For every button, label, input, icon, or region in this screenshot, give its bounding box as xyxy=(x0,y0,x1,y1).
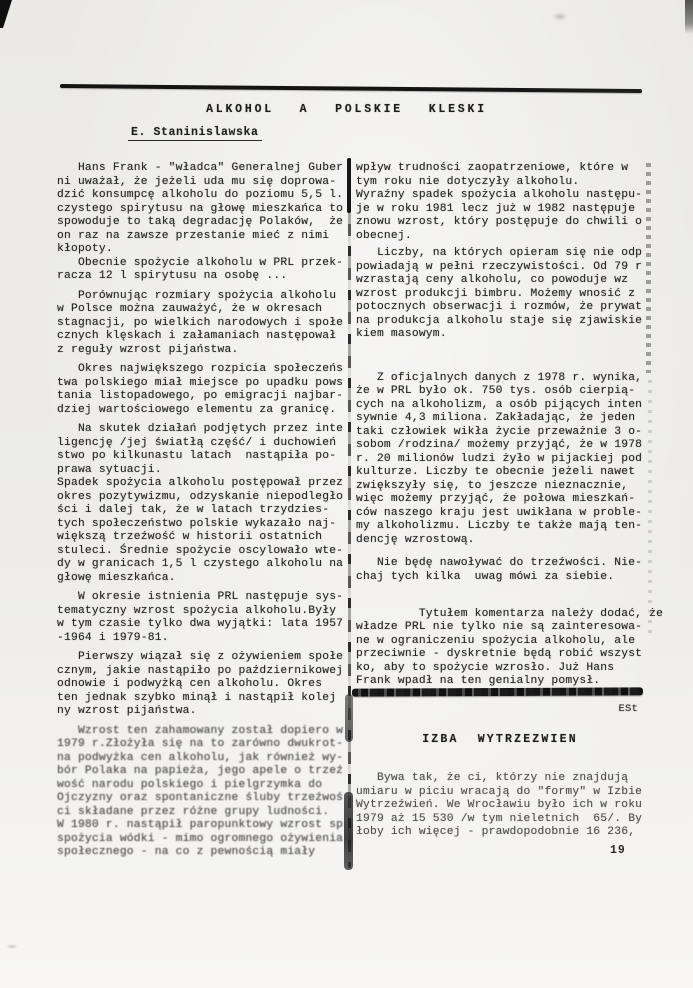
top-rule xyxy=(60,84,642,93)
left-column: Hans Frank - "władca" Generalnej Guber n… xyxy=(57,162,349,866)
ink-smudge-margin xyxy=(646,163,651,373)
paragraph: Liczby, na których opieram się nie odp p… xyxy=(356,247,644,342)
paragraph-text: Tytułem komentarza należy dodać, że wład… xyxy=(356,608,663,688)
paragraph: Na skutek działań podjętych przez inte l… xyxy=(57,423,349,585)
paragraph: Tytułem komentarza należy dodać, że wład… xyxy=(356,594,644,716)
paragraph: Z oficjalnych danych z 1978 r. wynika, ż… xyxy=(356,372,644,548)
second-article-section: IZBA WYTRZEZWIEN Bywa tak, że ci, którzy… xyxy=(356,733,644,846)
scanned-article-page: ALKOHOL A POLSKIE KLESKI E. Staninislaws… xyxy=(0,0,693,988)
paragraph: wpływ trudności zaopatrzeniowe, które w … xyxy=(356,162,644,243)
paragraph: Bywa tak, że ci, którzy nie znajdują umi… xyxy=(356,772,644,840)
paragraph: Pierwszy wiązał się z ożywieniem społe c… xyxy=(57,651,349,719)
ink-smudge-top-left xyxy=(0,0,12,28)
paragraph: W okresie istnienia PRL następuje sys- t… xyxy=(57,591,349,645)
ink-smudge-margin-faint xyxy=(648,380,652,640)
right-column: wpływ trudności zaopatrzeniowe, które w … xyxy=(356,162,644,722)
paragraph: Nie będę nawoływać do trzeźwości. Nie- c… xyxy=(356,557,644,584)
paragraph: Hans Frank - "władca" Generalnej Guber n… xyxy=(57,162,349,284)
paragraph: Okres największego rozpicia społeczeńs t… xyxy=(57,363,349,417)
section-divider xyxy=(352,687,643,696)
ink-smudge-bottom-left xyxy=(6,944,18,949)
ink-smudge-dot xyxy=(552,12,568,21)
author-initials: ESt xyxy=(618,703,638,717)
paragraph: Porównując rozmiary spożycia alkoholu w … xyxy=(57,290,349,358)
section-heading: IZBA WYTRZEZWIEN xyxy=(356,733,644,746)
page-number: 19 xyxy=(610,844,626,857)
article-title: ALKOHOL A POLSKIE KLESKI xyxy=(0,103,693,116)
paragraph: Wzrost ten zahamowany został dopiero w 1… xyxy=(57,725,349,860)
article-author: E. Staninislawska xyxy=(128,126,262,141)
ink-smudge-top-right xyxy=(685,0,693,34)
